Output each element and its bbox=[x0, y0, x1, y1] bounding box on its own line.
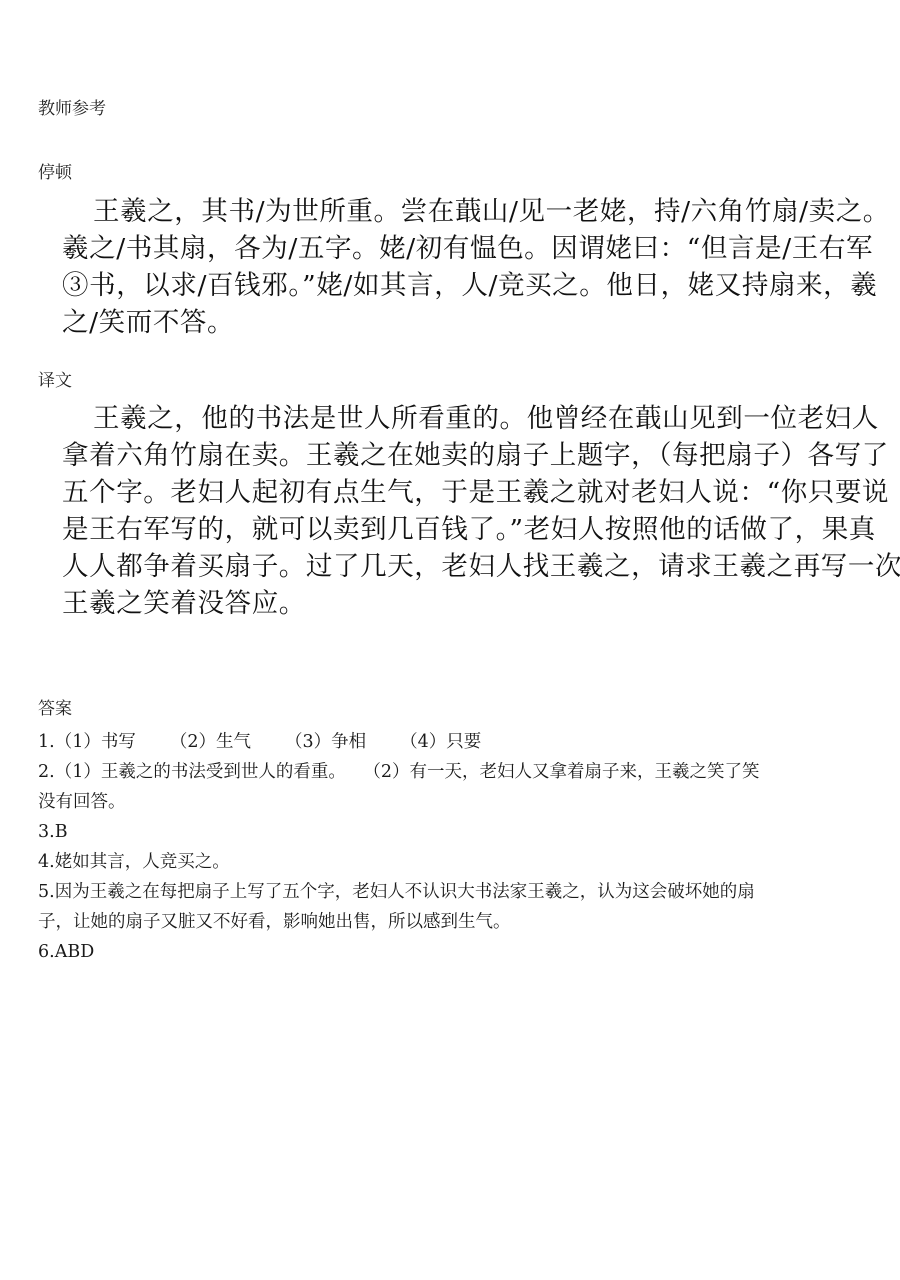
pause-line: 羲之/书其扇，各为/五字。姥/初有愠色。因谓姥曰：“但言是/王右军 bbox=[62, 230, 872, 267]
translation-line: 王羲之笑着没答应。 bbox=[62, 585, 872, 622]
answer-5-line-2: 子，让她的扇子又脏又不好看，影响她出售，所以感到生气。 bbox=[38, 907, 878, 937]
answer-1-item: （3）争相 bbox=[285, 727, 366, 757]
pause-line: 王羲之，其书/为世所重。尝在蕺山/见一老姥，持/六角竹扇/卖之。 bbox=[62, 193, 872, 230]
answer-1: 1.（1）书写（2）生气（3）争相（4）只要 bbox=[38, 727, 878, 757]
document-page: 教师参考 停顿 王羲之，其书/为世所重。尝在蕺山/见一老姥，持/六角竹扇/卖之。… bbox=[0, 0, 900, 1280]
translation-line: 人人都争着买扇子。过了几天，老妇人找王羲之，请求王羲之再写一次。 bbox=[62, 548, 872, 585]
answer-1-prefix: 1. bbox=[38, 727, 55, 757]
answer-6: 6.ABD bbox=[38, 937, 878, 967]
pause-line: ③书，以求/百钱邪。”姥/如其言，人/竞买之。他日，姥又持扇来，羲 bbox=[62, 267, 872, 304]
document-title: 教师参考 bbox=[38, 98, 106, 120]
answer-4: 4.姥如其言，人竞买之。 bbox=[38, 847, 878, 877]
pause-line: 之/笑而不答。 bbox=[62, 304, 872, 341]
translation-paragraph: 王羲之，他的书法是世人所看重的。他曾经在蕺山见到一位老妇人 拿着六角竹扇在卖。王… bbox=[62, 400, 872, 622]
translation-line: 五个字。老妇人起初有点生气，于是王羲之就对老妇人说：“你只要说 bbox=[62, 474, 872, 511]
pause-section-label: 停顿 bbox=[38, 162, 72, 184]
answer-2-line-2: 没有回答。 bbox=[38, 787, 878, 817]
answers-section-label: 答案 bbox=[38, 698, 72, 720]
answer-1-item: （4）只要 bbox=[400, 727, 481, 757]
translation-line: 王羲之，他的书法是世人所看重的。他曾经在蕺山见到一位老妇人 bbox=[62, 400, 872, 437]
answer-5-line-1: 5.因为王羲之在每把扇子上写了五个字，老妇人不认识大书法家王羲之，认为这会破坏她… bbox=[38, 877, 878, 907]
answer-3: 3.B bbox=[38, 817, 878, 847]
answer-1-item: （2）生气 bbox=[170, 727, 251, 757]
answers-list: 1.（1）书写（2）生气（3）争相（4）只要 2.（1）王羲之的书法受到世人的看… bbox=[38, 727, 878, 967]
translation-line: 拿着六角竹扇在卖。王羲之在她卖的扇子上题字，（每把扇子）各写了 bbox=[62, 437, 872, 474]
answer-1-item: （1）书写 bbox=[55, 727, 136, 757]
translation-section-label: 译文 bbox=[38, 370, 72, 392]
translation-line: 是王右军写的，就可以卖到几百钱了。”老妇人按照他的话做了，果真 bbox=[62, 511, 872, 548]
pause-paragraph: 王羲之，其书/为世所重。尝在蕺山/见一老姥，持/六角竹扇/卖之。 羲之/书其扇，… bbox=[62, 193, 872, 341]
answer-2-line-1: 2.（1）王羲之的书法受到世人的看重。 （2）有一天，老妇人又拿着扇子来，王羲之… bbox=[38, 757, 878, 787]
